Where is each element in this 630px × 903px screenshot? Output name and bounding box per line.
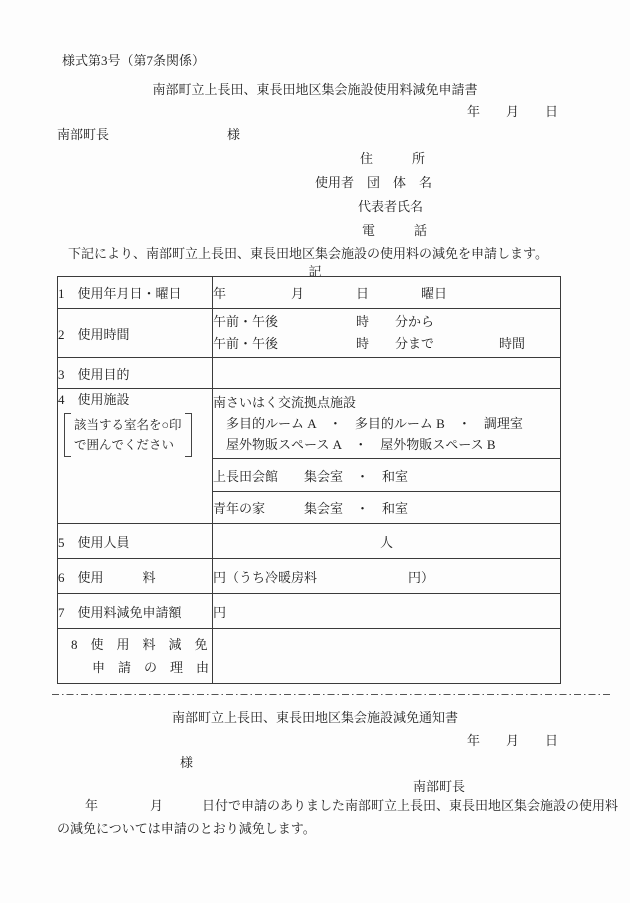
note-text: 該当する室名を○印 で囲んでください [71, 413, 185, 457]
row2-value-cell: 午前・午後 時 分から 午前・午後 時 分まで 時間 [213, 309, 561, 358]
table-row-6: 6 使用 料 円（うち冷暖房料 円） [58, 559, 561, 594]
row4-hall-cell: 上長田会館 集会室 ・ 和室 [213, 459, 561, 492]
row6-value-cell: 円（うち冷暖房料 円） [213, 559, 561, 594]
note-line-1: 該当する室名を○印 [74, 418, 182, 432]
notice-title: 南部町立上長田、東長田地区集会施設減免通知書 [0, 707, 630, 726]
row4-facility-group-cell: 南さいはく交流拠点施設 多目的ルーム A ・ 多目的ルーム B ・ 調理室 屋外… [213, 389, 561, 459]
table-row-8: 8 使 用 料 減 免 申 請 の 理 由 [58, 629, 561, 684]
addressee-name: 南部町長 [57, 127, 109, 142]
bracket-left [64, 413, 71, 457]
row8-label-line-2: 申 請 の 理 由 [58, 656, 212, 679]
dash-dot-separator [52, 694, 610, 695]
row5-value-cell: 人 [213, 524, 561, 559]
row4-youth-cell: 青年の家 集会室 ・ 和室 [213, 492, 561, 524]
addressee-line: 南部町長様 [57, 124, 240, 143]
address-label: 住 所 [360, 148, 425, 167]
application-date-blank: 年 月 日 [467, 101, 558, 120]
row1-value-cell: 年 月 日 曜日 [213, 277, 561, 309]
phone-label: 電 話 [362, 220, 427, 239]
intro-text: 下記により、南部町立上長田、東長田地区集会施設の使用料の減免を申請します。 [68, 243, 548, 262]
row1-label-cell: 1 使用年月日・曜日 [58, 277, 213, 309]
row8-label-cell: 8 使 用 料 減 免 申 請 の 理 由 [58, 629, 213, 684]
notice-honorific: 様 [180, 752, 193, 771]
row5-label-cell: 5 使用人員 [58, 524, 213, 559]
row4-label-cell: 4 使用施設 該当する室名を○印 で囲んでください [58, 389, 213, 524]
user-group-label: 使用者 団 体 名 [315, 172, 432, 191]
row8-value-cell [213, 629, 561, 684]
bracket-right [185, 413, 192, 457]
facility-group-rooms-1: 多目的ルーム A ・ 多目的ルーム B ・ 調理室 [213, 413, 560, 434]
row8-label-line-1: 8 使 用 料 減 免 [58, 633, 212, 656]
row2-time-from: 午前・午後 時 分から [213, 311, 560, 333]
table-row-7: 7 使用料減免申請額 円 [58, 594, 561, 629]
table-row-3: 3 使用目的 [58, 358, 561, 389]
application-title: 南部町立上長田、東長田地区集会施設使用料減免申請書 [0, 79, 630, 98]
notice-body-line-2: の減免については申請のとおり減免します。 [57, 818, 316, 837]
row7-value-cell: 円 [213, 594, 561, 629]
row3-value-cell [213, 358, 561, 389]
table-row-5: 5 使用人員 人 [58, 524, 561, 559]
circle-room-note: 該当する室名を○印 で囲んでください [64, 413, 192, 457]
representative-label: 代表者氏名 [358, 196, 423, 215]
table-row-2: 2 使用時間 午前・午後 時 分から 午前・午後 時 分まで 時間 [58, 309, 561, 358]
form-number: 様式第3号（第7条関係） [62, 50, 205, 69]
row3-label-cell: 3 使用目的 [58, 358, 213, 389]
notice-date-blank: 年 月 日 [467, 730, 558, 749]
row4-label: 4 使用施設 [58, 389, 212, 408]
facility-group-name: 南さいはく交流拠点施設 [213, 392, 560, 413]
row2-label-cell: 2 使用時間 [58, 309, 213, 358]
note-line-2: で囲んでください [74, 438, 174, 452]
table-row-1: 1 使用年月日・曜日 年 月 日 曜日 [58, 277, 561, 309]
row6-label-cell: 6 使用 料 [58, 559, 213, 594]
row7-label-cell: 7 使用料減免申請額 [58, 594, 213, 629]
facility-group-rooms-2: 屋外物販スペース A ・ 屋外物販スペース B [213, 434, 560, 455]
notice-sender: 南部町長 [413, 776, 465, 795]
application-form-page: 様式第3号（第7条関係） 南部町立上長田、東長田地区集会施設使用料減免申請書 年… [0, 0, 630, 903]
addressee-honorific: 様 [227, 127, 240, 142]
table-row-4: 4 使用施設 該当する室名を○印 で囲んでください 南さいはく交流拠点施設 多目… [58, 389, 561, 459]
notice-body-line-1: 年 月 日付で申請のありました南部町立上長田、東長田地区集会施設の使用料 [85, 795, 618, 814]
row2-time-to: 午前・午後 時 分まで 時間 [213, 333, 560, 355]
application-table: 1 使用年月日・曜日 年 月 日 曜日 2 使用時間 午前・午後 時 分から 午… [57, 276, 561, 684]
